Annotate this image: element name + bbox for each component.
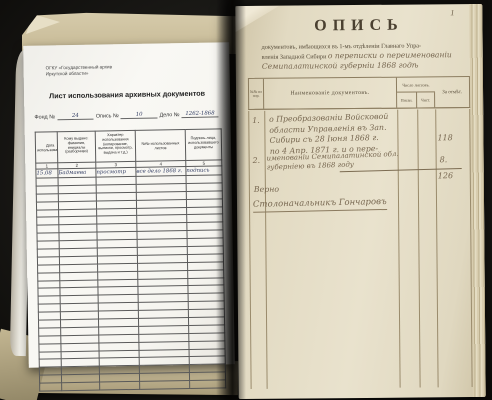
entry-1-number: 1. — [252, 116, 260, 127]
delo-label: Дело № — [160, 112, 180, 118]
opis-col-name: Наименованіе документовъ. — [264, 78, 397, 109]
total-sheet-count: 126 — [438, 171, 453, 180]
archive-photo: ОГКУ «Государственный архив Иркутской об… — [0, 0, 492, 400]
opis-col-number: №№ по пор. — [249, 79, 264, 109]
org-line-2: Иркутской области» — [46, 70, 113, 77]
fond-value: 24 — [57, 113, 94, 121]
opis-table-header: №№ по пор. Наименованіе документовъ. Чис… — [248, 76, 470, 110]
usage-date-value: 15.08 — [36, 169, 58, 178]
entry-2-sheet-count: 8. — [440, 155, 448, 164]
usage-empty-cell — [100, 381, 140, 390]
verno-mark: Верно — [254, 185, 279, 196]
usage-sheet-title: Лист использования архивных документов — [24, 88, 230, 101]
opis-intro-hand-1: о переписки о переименованіи — [328, 50, 452, 60]
usage-empty-cell — [62, 382, 100, 391]
entry-2-number: 2. — [253, 156, 261, 167]
usage-col-signature: Подпись лица, использовавшего документы — [185, 129, 222, 161]
delo-value: 1262-1868 — [182, 110, 219, 118]
opis-label: Опись № — [96, 113, 119, 119]
fond-label: Фонд № — [34, 114, 55, 120]
usage-empty-cell — [140, 381, 190, 390]
usage-empty-cell — [40, 383, 62, 391]
opis-col-sheets-sub2: Чист. — [417, 92, 435, 107]
opis-table: №№ по пор. Наименованіе документовъ. Чис… — [248, 76, 473, 389]
opis-value: 10 — [121, 111, 158, 119]
opis-col-sheets-sub1: Писан. — [397, 93, 417, 108]
opis-col-sheets: Число листовъ. — [397, 77, 435, 92]
fond-opis-delo-row: Фонд № 24 Опись № 10 Дело № 1262-1868 — [34, 110, 220, 120]
usage-col-sheet-numbers: №№ использованных листов — [135, 130, 186, 162]
entry-1-sheet-count: 118 — [437, 133, 452, 142]
opis-col-note: За отмѣт. — [435, 77, 469, 107]
archive-org-name: ОГКУ «Государственный архив Иркутской об… — [46, 64, 113, 76]
opis-intro-line-3: Семипалатинской губерніи 1868 годѣ — [262, 61, 462, 72]
opis-intro-printed-2: вленія Западной Сибири — [262, 53, 327, 61]
opis-intro-hand-2: Семипалатинской губерніи 1868 годѣ — [262, 60, 419, 70]
usage-col-date: Дата использования — [35, 132, 58, 163]
clerk-signature: Столоначальникъ Гончаровъ — [253, 198, 387, 212]
column-line — [435, 109, 438, 387]
usage-table-header-row: Дата использования Кому выдано: фамилия,… — [35, 129, 222, 163]
opis-table-body: 1. о Преобразованіи Войсковой области Уп… — [248, 109, 472, 389]
opis-title: ОПИСЬ — [235, 16, 482, 36]
usage-empty-cell — [190, 380, 226, 389]
column-line — [264, 111, 267, 389]
clerk-signature-text: Столоначальникъ Гончаровъ — [253, 197, 387, 212]
usage-table: Дата использования Кому выдано: фамилия,… — [35, 128, 227, 391]
usage-sheets-value: все дело 1868 г. — [136, 167, 186, 177]
usage-sheet-page: ОГКУ «Государственный архив Иркутской об… — [23, 42, 235, 368]
usage-col-character: Характер использования (копирование, вып… — [95, 130, 136, 162]
usage-col-issued-to: Кому выдано: фамилия, инициалы (разборчи… — [57, 131, 96, 163]
opis-page: 1 ОПИСЬ документовъ, имѣющихся въ 1-мъ о… — [235, 4, 485, 399]
column-line — [417, 109, 420, 387]
entry-2-text: именованіи Семипалатинской обл. губерніе… — [266, 150, 399, 173]
